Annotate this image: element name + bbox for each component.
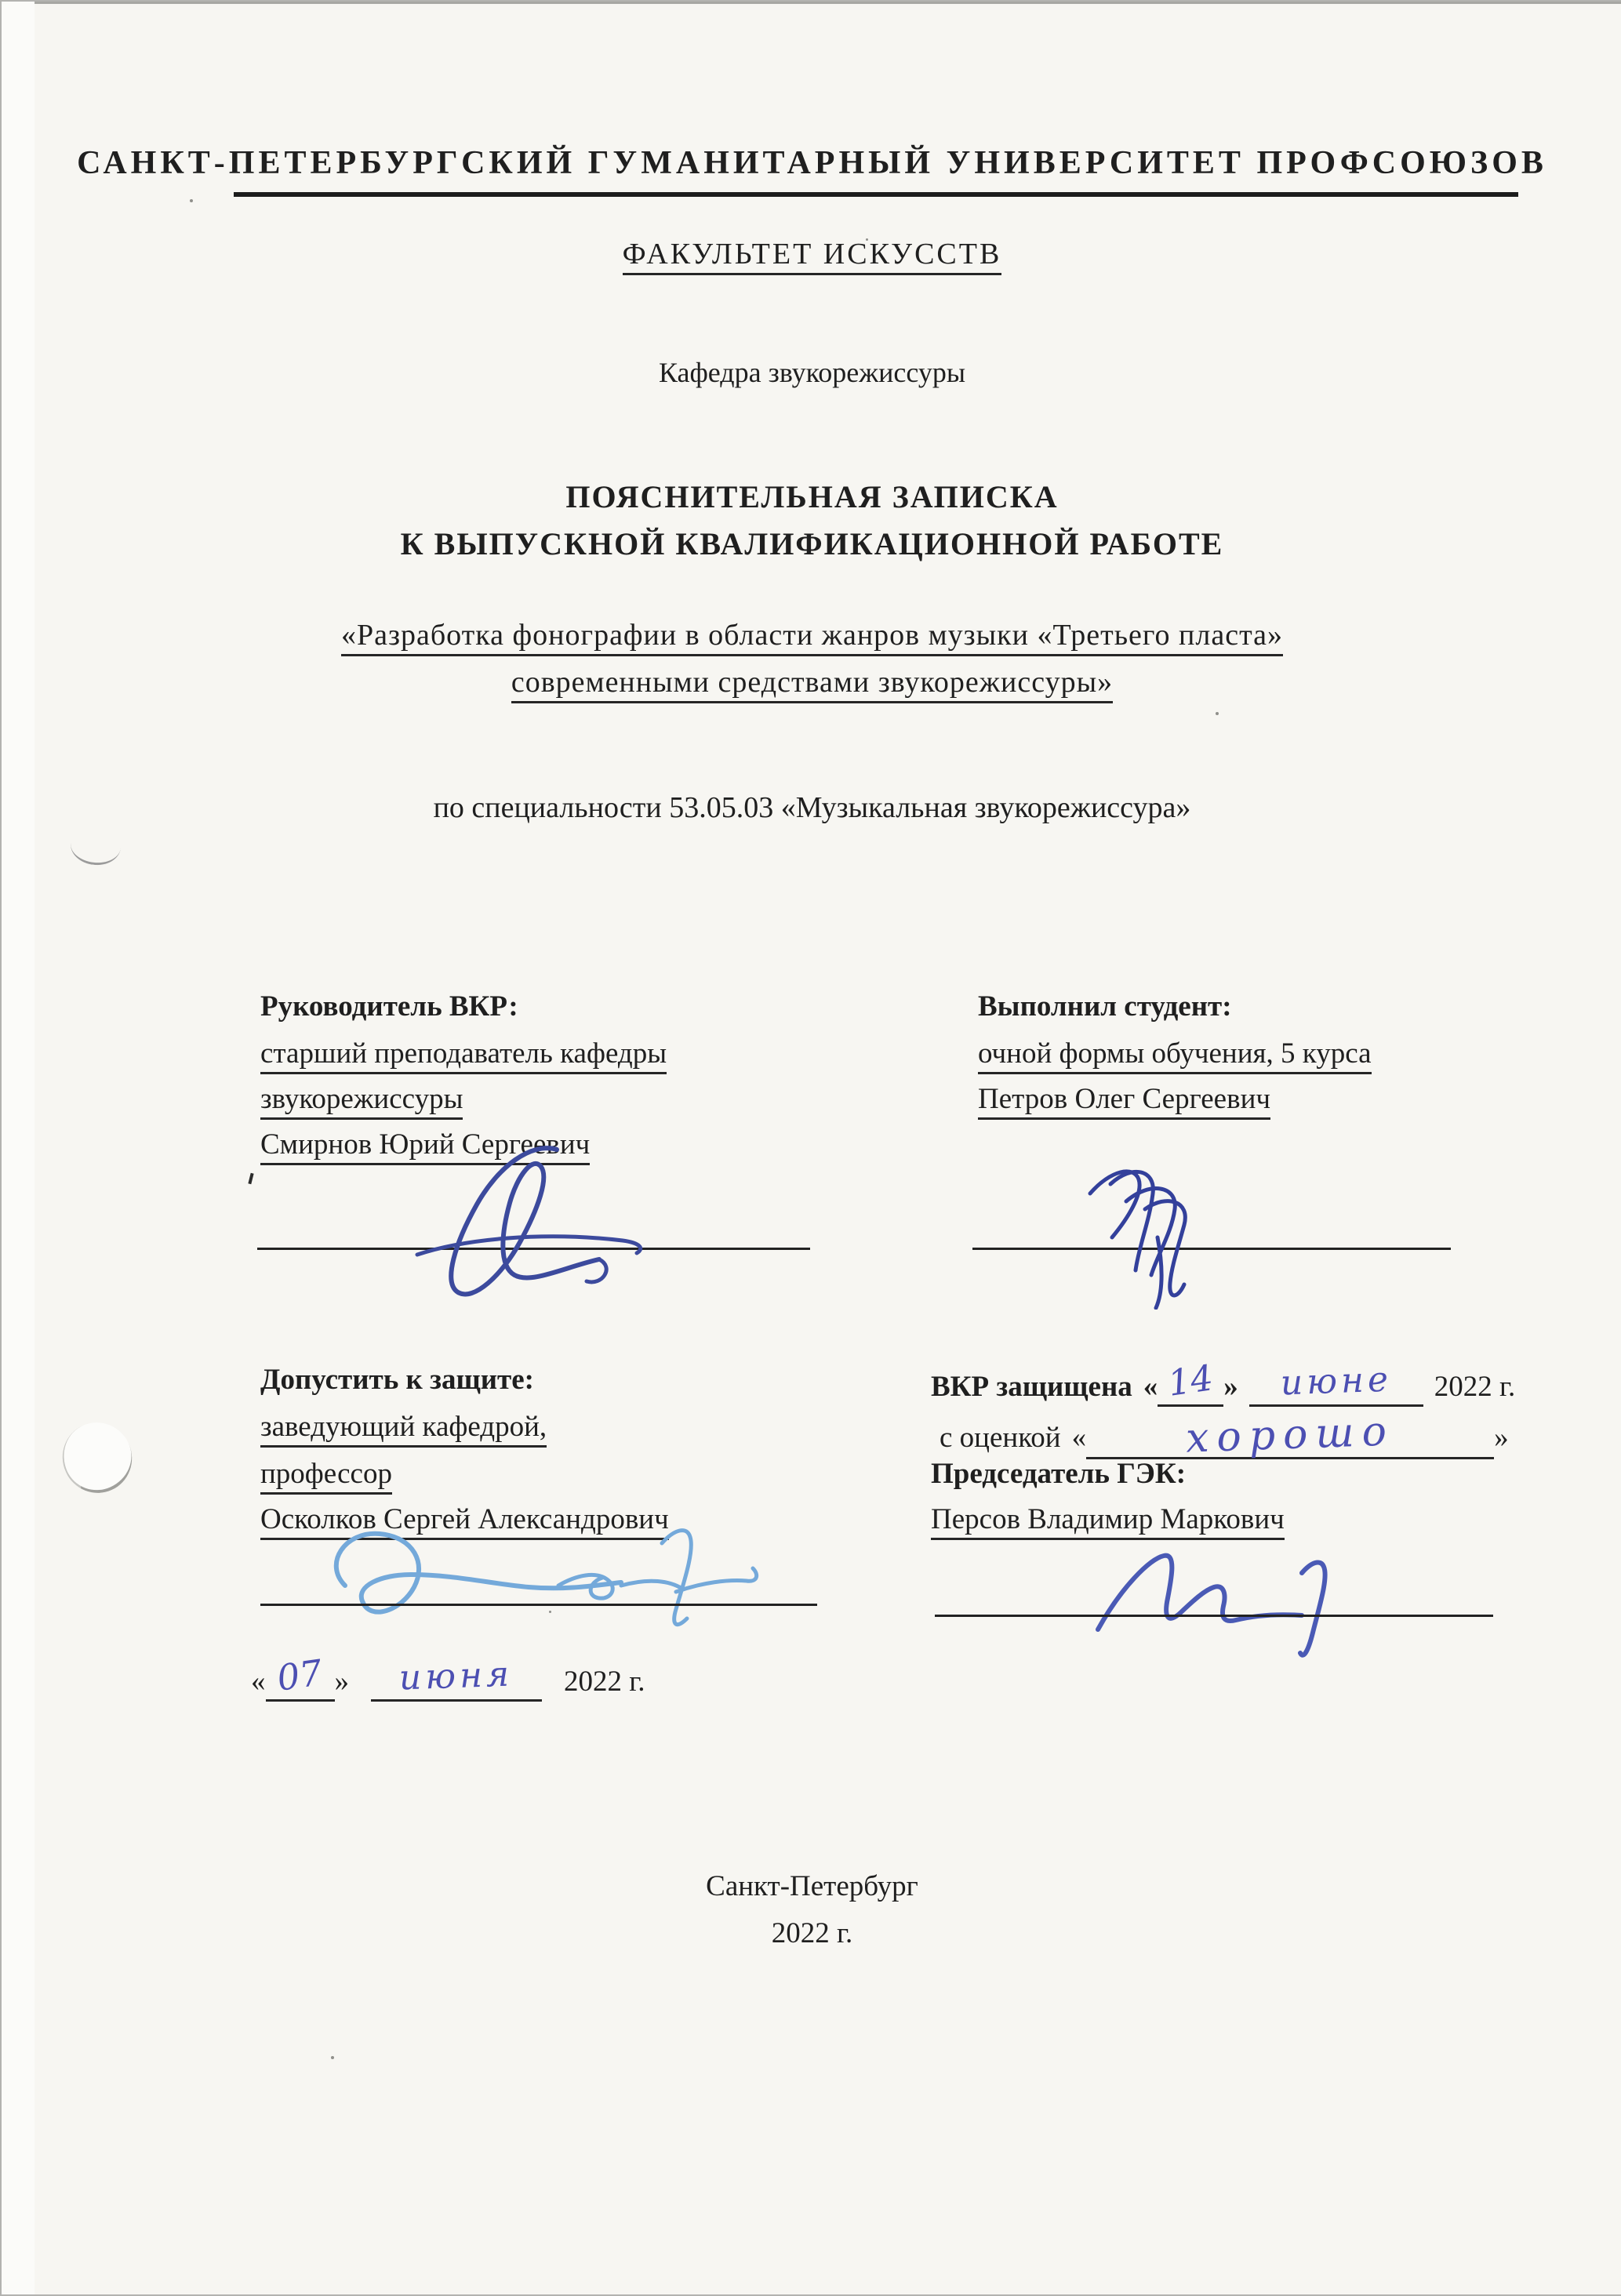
faculty-name: ФАКУЛЬТЕТ ИСКУССТВ: [2, 237, 1621, 271]
grade-label: с оценкой: [940, 1422, 1061, 1454]
student-signature: [1076, 1153, 1233, 1310]
handwritten-day: 14: [1165, 1357, 1216, 1404]
quote-open: «: [251, 1666, 266, 1698]
chair-signature: [1084, 1529, 1343, 1662]
specialty-line: по специальности 53.05.03 «Музыкальная з…: [2, 790, 1621, 825]
university-name: САНКТ-ПЕТЕРБУРГСКИЙ ГУМАНИТАРНЫЙ УНИВЕРС…: [2, 144, 1621, 182]
grade-row: с оценкой«хорошо»: [940, 1410, 1509, 1459]
scan-edge: [2, 2, 35, 2294]
admission-date-row: «07»июня2022 г.: [251, 1658, 645, 1702]
scanner-artifact-circle: [52, 1411, 144, 1504]
doc-type-line2: К ВЫПУСКНОЙ КВАЛИФИКАЦИОННОЙ РАБОТЕ: [2, 525, 1621, 562]
defense-date-row: ВКР защищена«14»июне2022 г.: [931, 1363, 1515, 1407]
quote-open: «: [1143, 1371, 1158, 1403]
quote-open: «: [1072, 1422, 1087, 1454]
quote-close: »: [1223, 1371, 1238, 1403]
thesis-title-line1: «Разработка фонографии в области жанров …: [2, 618, 1621, 652]
student-name: Петров Олег Сергеевич: [978, 1082, 1270, 1116]
footer-year: 2022 г.: [2, 1916, 1621, 1950]
admission-signature-line: [260, 1604, 817, 1606]
admission-label: Допустить к защите:: [260, 1363, 534, 1397]
admission-position-line2: профессор: [260, 1457, 392, 1491]
admission-signature: [307, 1513, 762, 1647]
city: Санкт-Петербург: [2, 1869, 1621, 1903]
doc-type-line1: ПОЯСНИТЕЛЬНАЯ ЗАПИСКА: [2, 478, 1621, 515]
header-rule: [234, 192, 1518, 197]
scanned-thesis-title-page: САНКТ-ПЕТЕРБУРГСКИЙ ГУМАНИТАРНЫЙ УНИВЕРС…: [0, 0, 1621, 2296]
paper-speck: [331, 2056, 334, 2059]
quote-close: »: [1494, 1422, 1509, 1454]
defense-label: ВКР защищена: [931, 1371, 1132, 1403]
supervisor-position-line2: звукорежиссуры: [260, 1082, 463, 1116]
chair-signature-line: [935, 1615, 1493, 1617]
scanner-artifact-arc: [69, 824, 123, 867]
paper-speck: [866, 238, 868, 241]
paper-speck: [190, 199, 193, 202]
handwritten-grade: хорошо: [1185, 1408, 1395, 1462]
supervisor-position-line1: старший преподаватель кафедры: [260, 1037, 667, 1070]
handwritten-month: июне: [1280, 1360, 1393, 1404]
admission-position-line1: заведующий кафедрой,: [260, 1410, 547, 1444]
defense-year: 2022 г.: [1434, 1371, 1516, 1403]
handwritten-day: 07: [274, 1651, 325, 1698]
admission-month-blank: июня: [371, 1659, 542, 1702]
supervisor-label: Руководитель ВКР:: [260, 990, 518, 1023]
handwritten-month: июня: [398, 1654, 514, 1698]
supervisor-signature: [370, 1140, 652, 1305]
chair-label: Председатель ГЭК:: [931, 1457, 1186, 1491]
defense-month-blank: июне: [1249, 1364, 1423, 1407]
admission-day-blank: 07: [266, 1658, 335, 1702]
student-label: Выполнил студент:: [978, 990, 1232, 1023]
department-name: Кафедра звукорежиссуры: [2, 356, 1621, 389]
paper-speck: [549, 1611, 551, 1613]
student-form-line: очной формы обучения, 5 курса: [978, 1037, 1372, 1070]
defense-day-blank: 14: [1158, 1363, 1223, 1407]
grade-blank: хорошо: [1086, 1410, 1494, 1459]
thesis-title-line2: современными средствами звукорежиссуры»: [2, 665, 1621, 699]
ink-speck: [248, 1173, 253, 1185]
quote-close: »: [335, 1666, 350, 1698]
admission-year: 2022 г.: [564, 1666, 645, 1698]
paper-speck: [1216, 712, 1219, 715]
